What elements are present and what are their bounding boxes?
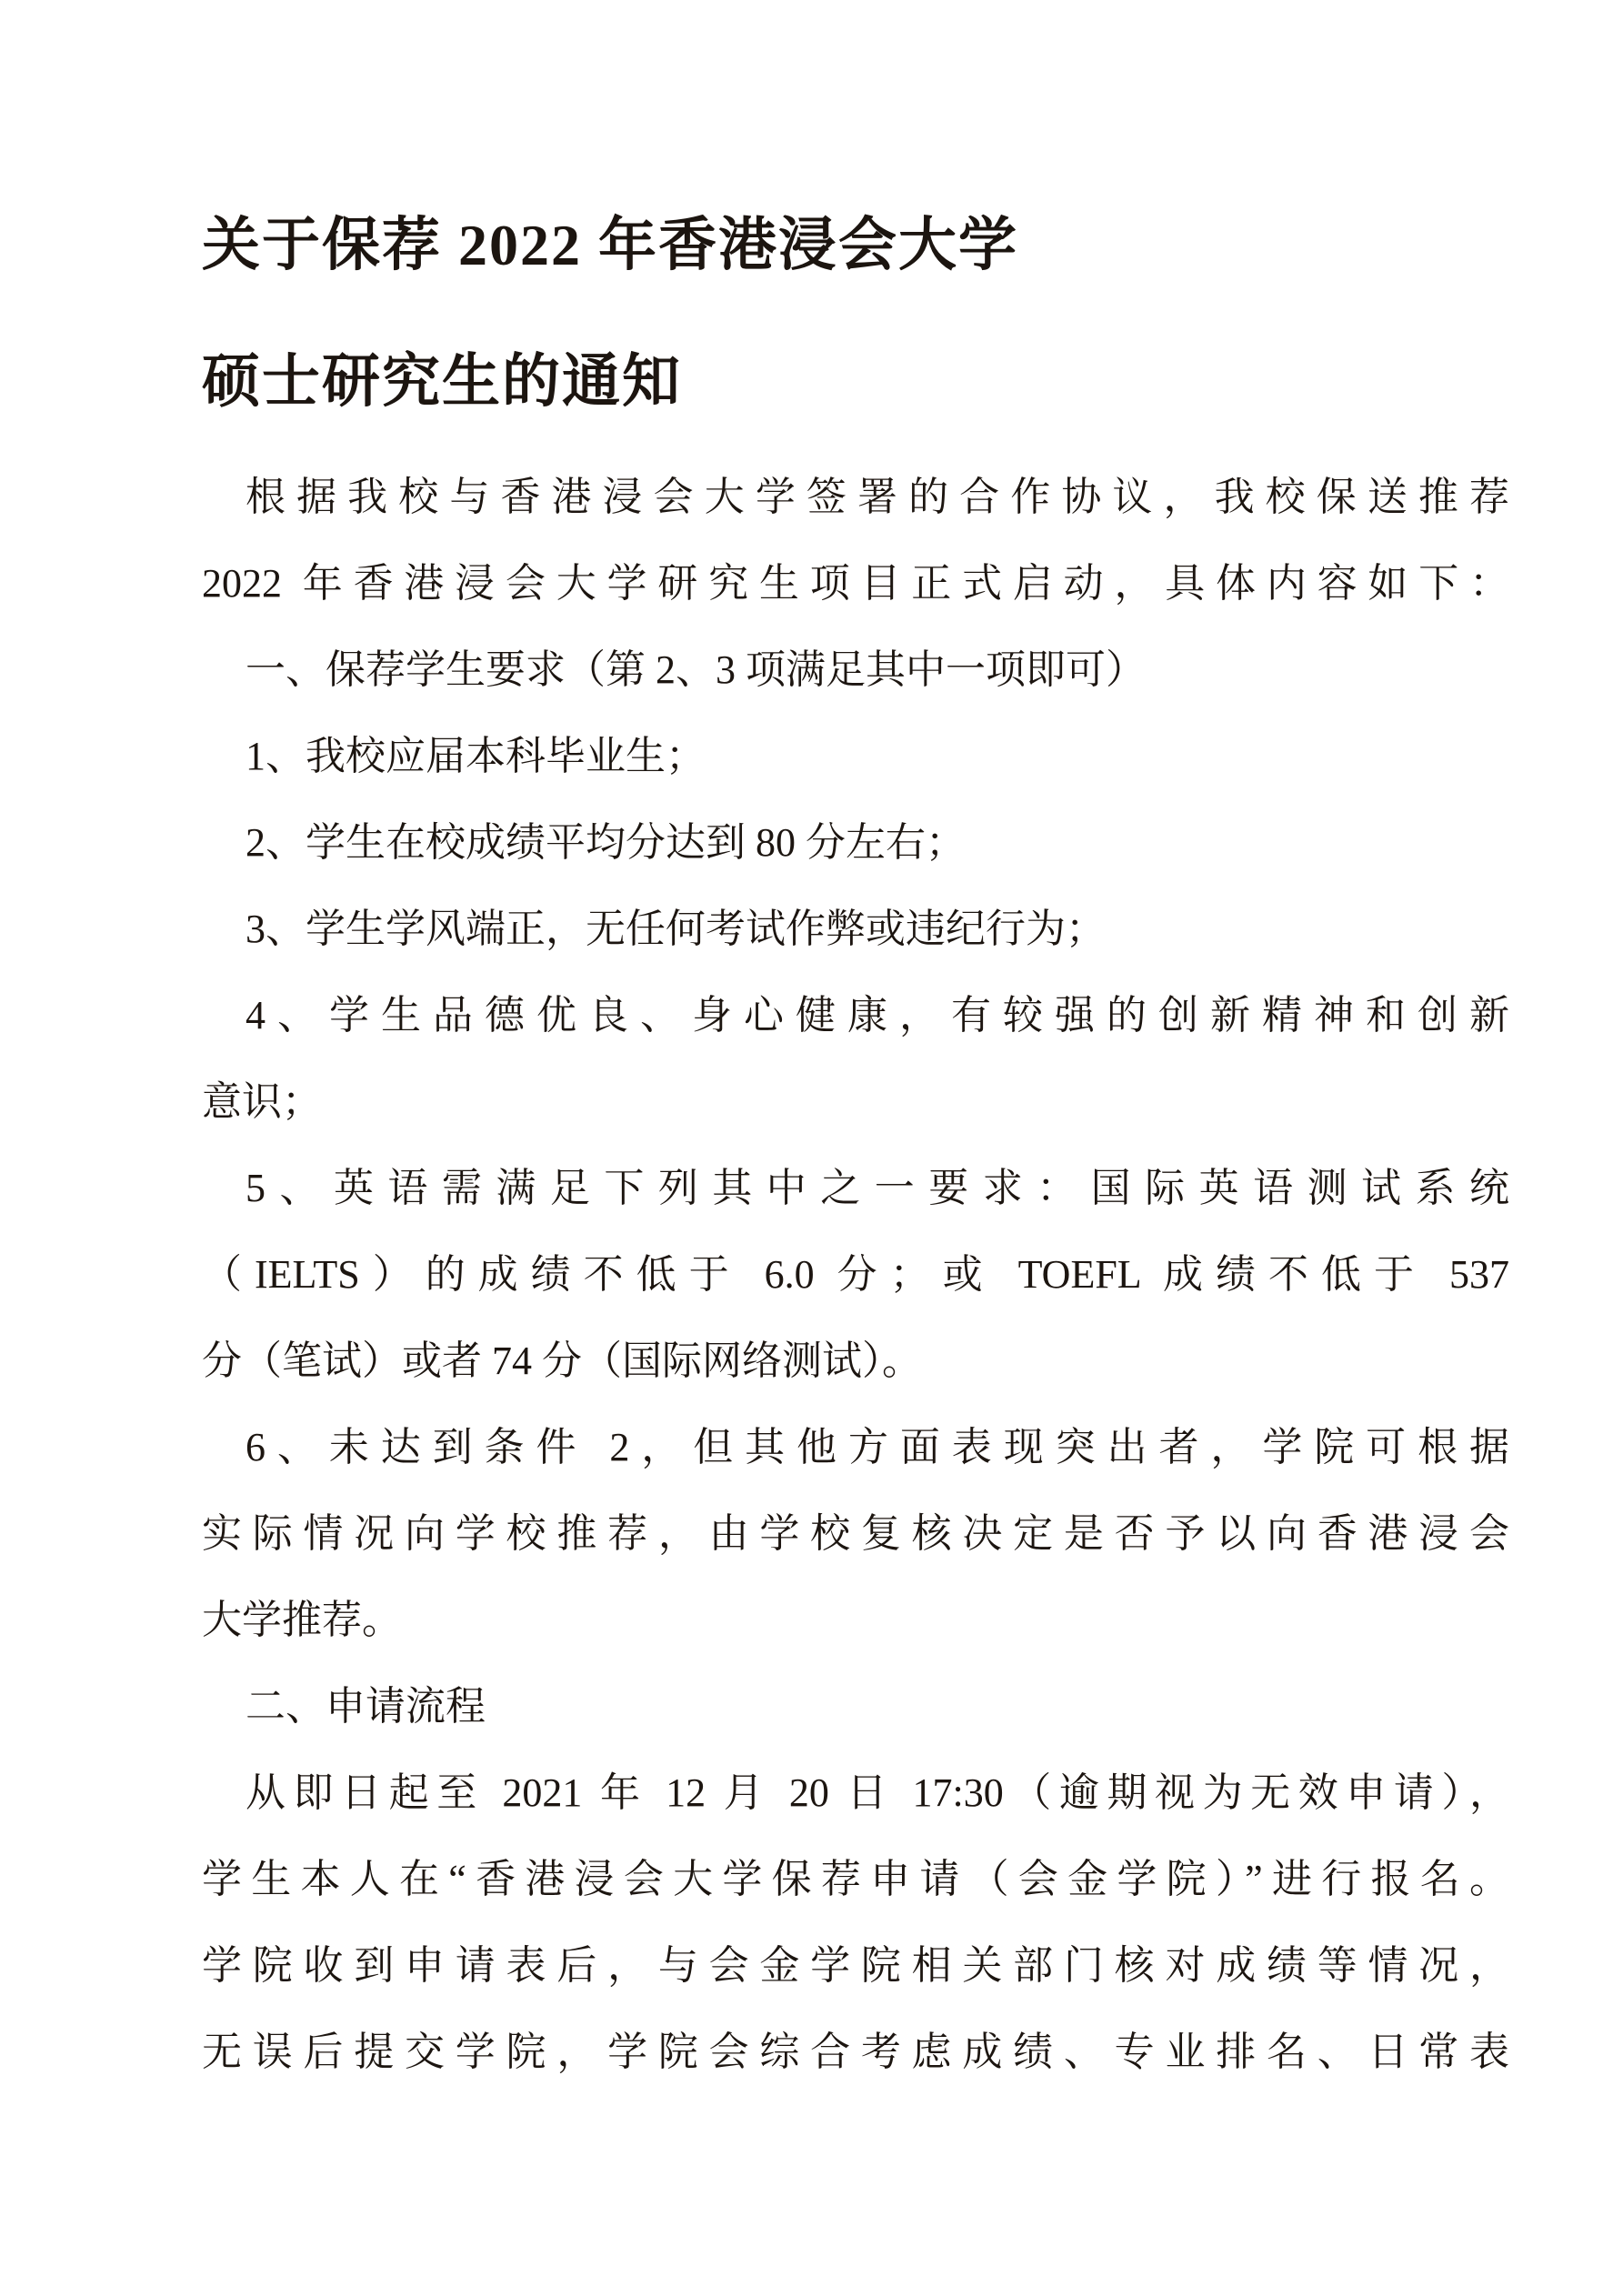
body-line-4: 1、我校应届本科毕业生； xyxy=(202,713,1509,799)
body-line-3: 一、保荐学生要求（第 2、3 项满足其中一项即可） xyxy=(202,627,1509,713)
body-line-10: （IELTS）的成绩不低于 6.0 分；或 TOEFL 成绩不低于 537 xyxy=(202,1231,1509,1318)
body-line-2: 2022 年香港浸会大学研究生项目正式启动，具体内容如下： xyxy=(202,540,1509,627)
body-line-17: 学生本人在“香港浸会大学保荐申请（会金学院）”进行报名。 xyxy=(202,1836,1509,1922)
body-line-12: 6、未达到条件 2，但其他方面表现突出者，学院可根据 xyxy=(202,1404,1509,1490)
body-line-13: 实际情况向学校推荐，由学校复核决定是否予以向香港浸会 xyxy=(202,1490,1509,1577)
document-content: 关于保荐 2022 年香港浸会大学 硕士研究生的通知 根据我校与香港浸会大学签署… xyxy=(202,177,1509,2095)
body-line-5: 2、学生在校成绩平均分达到 80 分左右； xyxy=(202,799,1509,886)
body-line-8: 意识； xyxy=(202,1058,1509,1145)
body-line-11: 分（笔试）或者 74 分（国际网络测试）。 xyxy=(202,1318,1509,1404)
document-page: 关于保荐 2022 年香港浸会大学 硕士研究生的通知 根据我校与香港浸会大学签署… xyxy=(0,0,1623,2296)
document-body: 根据我校与香港浸会大学签署的合作协议，我校保送推荐 2022 年香港浸会大学研究… xyxy=(202,454,1509,2095)
title-line-1: 关于保荐 2022 年香港浸会大学 xyxy=(202,177,1509,314)
body-line-15: 二、申请流程 xyxy=(202,1663,1509,1750)
body-line-9: 5、英语需满足下列其中之一要求：国际英语测试系统 xyxy=(202,1145,1509,1231)
body-line-16: 从即日起至 2021 年 12 月 20 日 17:30（逾期视为无效申请）， xyxy=(202,1750,1509,1836)
title-line-2: 硕士研究生的通知 xyxy=(202,314,1509,450)
document-title: 关于保荐 2022 年香港浸会大学 硕士研究生的通知 xyxy=(202,177,1509,450)
body-line-14: 大学推荐。 xyxy=(202,1577,1509,1663)
body-line-6: 3、学生学风端正，无任何考试作弊或违纪行为； xyxy=(202,886,1509,972)
body-line-18: 学院收到申请表后，与会金学院相关部门核对成绩等情况， xyxy=(202,1922,1509,2009)
body-line-19: 无误后提交学院，学院会综合考虑成绩、专业排名、日常表 xyxy=(202,2009,1509,2095)
body-line-1: 根据我校与香港浸会大学签署的合作协议，我校保送推荐 xyxy=(202,454,1509,540)
body-line-7: 4、学生品德优良、身心健康，有较强的创新精神和创新 xyxy=(202,972,1509,1058)
